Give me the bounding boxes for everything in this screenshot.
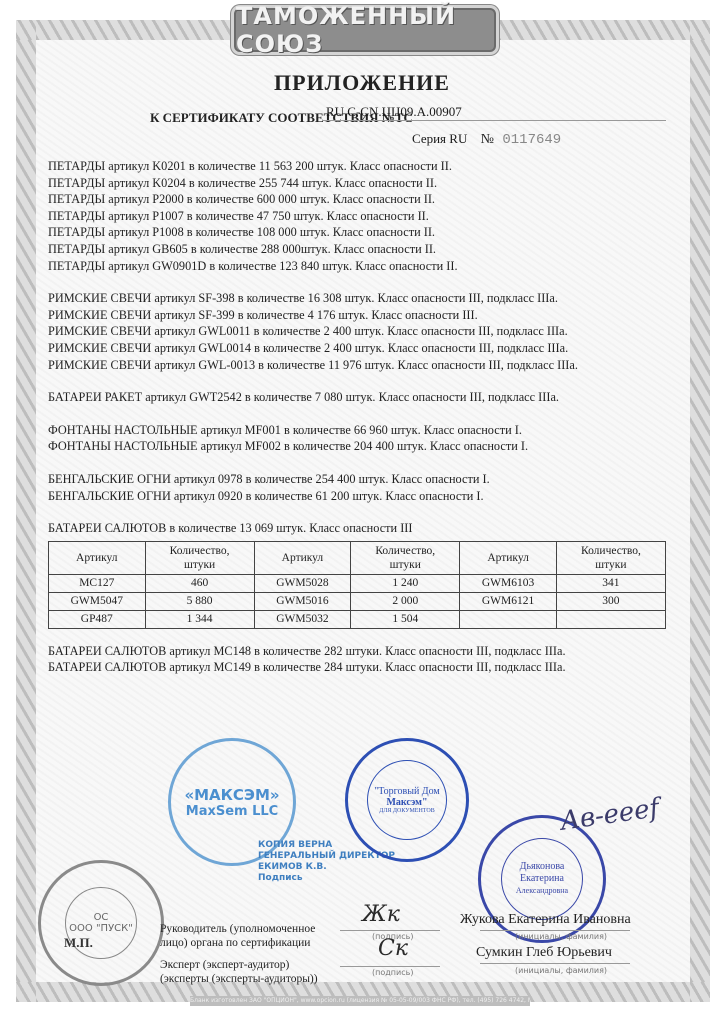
list-item: РИМСКИЕ СВЕЧИ артикул SF-399 в количеств… [48, 307, 688, 324]
list-item: БЕНГАЛЬСКИЕ ОГНИ артикул 0978 в количест… [48, 471, 688, 488]
expert-name-line [480, 963, 630, 964]
trading-house-stamp-center: "Торговый Дом Максэм" ДЛЯ ДОКУМЕНТОВ [367, 760, 447, 840]
stamp-text: "Торговый Дом [374, 786, 440, 797]
head-name-line [480, 930, 630, 931]
head-label-line: лицо) органа по сертификации [160, 936, 315, 950]
table-cell: 2 000 [351, 592, 460, 610]
table-cell: GWM5028 [254, 574, 351, 592]
signature-caption: (подпись) [372, 968, 413, 977]
list-item: ПЕТАРДЫ артикул GB605 в количестве 288 0… [48, 241, 688, 258]
list-item: БАТАРЕИ САЛЮТОВ артикул MC148 в количест… [48, 643, 688, 660]
list-item: РИМСКИЕ СВЕЧИ артикул GWL-0013 в количес… [48, 357, 688, 374]
group-petards: ПЕТАРДЫ артикул K0201 в количестве 11 56… [48, 158, 688, 274]
list-item: БЕНГАЛЬСКИЕ ОГНИ артикул 0920 в количест… [48, 488, 688, 505]
trading-house-stamp: "Торговый Дом Максэм" ДЛЯ ДОКУМЕНТОВ [345, 738, 469, 862]
table-cell: 341 [556, 574, 665, 592]
printer-imprint: Бланк изготовлен ЗАО "ОПЦИОН", www.opcio… [190, 996, 530, 1006]
expert-name: Сумкин Глеб Юрьевич [476, 945, 612, 961]
stamp-text: ОС [94, 912, 109, 923]
group-table-fountains: ФОНТАНЫ НАСТОЛЬНЫЕ артикул MF001 в колич… [48, 422, 688, 455]
expert-label: Эксперт (эксперт-аудитор) (эксперты (экс… [160, 958, 318, 986]
group-bengal-lights: БЕНГАЛЬСКИЕ ОГНИ артикул 0978 в количест… [48, 471, 688, 504]
seal-place-label: М.П. [64, 935, 93, 951]
series-block: Серия RU № 0117649 [412, 131, 561, 148]
column-header: Количество, штуки [145, 541, 254, 574]
table-cell: GWM5016 [254, 592, 351, 610]
column-header: Артикул [460, 541, 557, 574]
column-header: Количество, штуки [351, 541, 460, 574]
table-cell: 5 880 [145, 592, 254, 610]
list-item: ПЕТАРДЫ артикул GW0901D в количестве 123… [48, 258, 688, 275]
salutes-heading: БАТАРЕИ САЛЮТОВ в количестве 13 069 штук… [48, 520, 688, 537]
list-item: РИМСКИЕ СВЕЧИ артикул GWL0014 в количест… [48, 340, 688, 357]
stamp-text: Максэм" [386, 797, 427, 808]
expert-label-line: (эксперты (эксперты-аудиторы)) [160, 972, 318, 986]
product-list: ПЕТАРДЫ артикул K0201 в количестве 11 56… [48, 158, 688, 676]
list-item: ФОНТАНЫ НАСТОЛЬНЫЕ артикул MF002 в колич… [48, 438, 688, 455]
stamp-text: Дьяконова [520, 861, 565, 873]
table-row: GWM5047 5 880 GWM5016 2 000 GWM6121 300 [49, 592, 666, 610]
stamp-text: Екатерина [520, 873, 564, 885]
pusk-certification-stamp: ОС ООО "ПУСК" [38, 860, 164, 986]
head-signature-line [340, 930, 440, 931]
serial-number-block: № 0117649 [481, 132, 562, 148]
list-item: ПЕТАРДЫ артикул P1008 в количестве 108 0… [48, 224, 688, 241]
table-cell: 1 344 [145, 610, 254, 628]
expert-signature-line [340, 966, 440, 967]
table-cell: 460 [145, 574, 254, 592]
column-header: Артикул [254, 541, 351, 574]
head-label-line: Руководитель (уполномоченное [160, 922, 315, 936]
list-item: БАТАРЕИ РАКЕТ артикул GWT2542 в количест… [48, 389, 688, 406]
salutes-table: Артикул Количество, штуки Артикул Количе… [48, 541, 666, 629]
list-item: ПЕТАРДЫ артикул K0204 в количестве 255 7… [48, 175, 688, 192]
table-cell: GWM5047 [49, 592, 146, 610]
entrepreneur-stamp-center: Дьяконова Екатерина Александровна [501, 838, 583, 920]
head-name: Жукова Екатерина Ивановна [460, 912, 631, 928]
table-cell: GWM6103 [460, 574, 557, 592]
serial-prefix: № [481, 132, 494, 147]
table-cell: GWM6121 [460, 592, 557, 610]
table-row: MC127 460 GWM5028 1 240 GWM6103 341 [49, 574, 666, 592]
copy-note-line: ЕКИМОВ К.В. [258, 862, 395, 873]
initials-caption: (инициалы, фамилия) [515, 932, 607, 941]
table-cell: GWM5032 [254, 610, 351, 628]
table-cell [460, 610, 557, 628]
serial-number: 0117649 [502, 132, 561, 148]
list-item: РИМСКИЕ СВЕЧИ артикул GWL0011 в количест… [48, 323, 688, 340]
list-item: РИМСКИЕ СВЕЧИ артикул SF-398 в количеств… [48, 290, 688, 307]
certificate-number: RU C-CN.ЦЦ09.А.00907 [322, 104, 666, 121]
group-roman-candles: РИМСКИЕ СВЕЧИ артикул SF-398 в количеств… [48, 290, 688, 373]
table-cell [556, 610, 665, 628]
maxsem-stamp-name: «МАКСЭМ» [184, 786, 279, 804]
stamp-text: ООО "ПУСК" [69, 923, 133, 934]
maxsem-stamp-latin: MaxSem LLC [186, 804, 278, 819]
customs-union-banner: ТАМОЖЕННЫЙ СОЮЗ [234, 8, 496, 52]
column-header: Артикул [49, 541, 146, 574]
group-rocket-batteries: БАТАРЕИ РАКЕТ артикул GWT2542 в количест… [48, 389, 688, 406]
head-label: Руководитель (уполномоченное лицо) орган… [160, 922, 315, 950]
copy-note-line: Подпись [258, 873, 395, 884]
stamp-text: Александровна [516, 885, 568, 897]
table-cell: 300 [556, 592, 665, 610]
initials-caption: (инициалы, фамилия) [515, 966, 607, 975]
stamp-text: ДЛЯ ДОКУМЕНТОВ [379, 808, 434, 814]
table-cell: MC127 [49, 574, 146, 592]
table-cell: GP487 [49, 610, 146, 628]
table-cell: 1 240 [351, 574, 460, 592]
expert-signature: Ск [378, 936, 408, 961]
list-item: ПЕТАРДЫ артикул P2000 в количестве 600 0… [48, 191, 688, 208]
expert-label-line: Эксперт (эксперт-аудитор) [160, 958, 318, 972]
list-item: ПЕТАРДЫ артикул K0201 в количестве 11 56… [48, 158, 688, 175]
table-header-row: Артикул Количество, штуки Артикул Количе… [49, 541, 666, 574]
table-cell: 1 504 [351, 610, 460, 628]
table-row: GP487 1 344 GWM5032 1 504 [49, 610, 666, 628]
page-title: ПРИЛОЖЕНИЕ [0, 70, 724, 96]
head-signature: Жк [362, 902, 400, 927]
list-item: ФОНТАНЫ НАСТОЛЬНЫЕ артикул MF001 в колич… [48, 422, 688, 439]
list-item: БАТАРЕИ САЛЮТОВ артикул MC149 в количест… [48, 659, 688, 676]
banner-text: ТАМОЖЕННЫЙ СОЮЗ [236, 2, 494, 58]
list-item: ПЕТАРДЫ артикул P1007 в количестве 47 75… [48, 208, 688, 225]
series-label: Серия RU [412, 131, 467, 146]
column-header: Количество, штуки [556, 541, 665, 574]
